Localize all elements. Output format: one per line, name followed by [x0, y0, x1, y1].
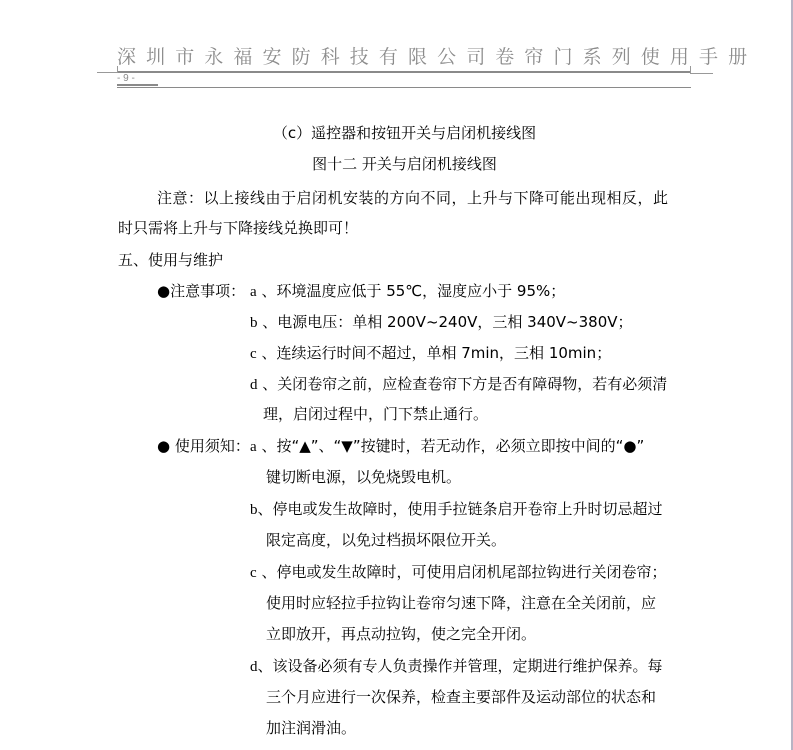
margin-corner-mark-left: [97, 72, 117, 73]
margin-corner-mark-right-vertical: [690, 66, 691, 74]
running-header-title: 深圳市永福安防科技有限公司卷帘门系列使用手册: [117, 44, 691, 70]
item-text: 、停电或发生故障时，使用手拉链条启开卷帘上升时切忌超过: [258, 500, 663, 518]
section-heading: 五、使用与维护: [118, 250, 223, 270]
precaution-item-c: c 、连续运行时间不超过，单相 7min，三相 10min；: [250, 343, 611, 364]
item-marker: b: [250, 315, 258, 331]
header-rule: [117, 71, 691, 73]
page-number-underline: [117, 84, 158, 86]
precaution-item-a: a 、环境温度应低于 55℃，湿度应小于 95%；: [250, 281, 565, 302]
usage-item-b-cont: 限定高度，以免过档损坏限位开关。: [266, 530, 506, 550]
margin-corner-mark-left-vertical: [117, 66, 118, 73]
margin-corner-mark-right: [691, 73, 713, 74]
item-text: 、环境温度应低于 55℃，湿度应小于 95%；: [261, 282, 565, 300]
item-text: 、电源电压：单相 200V~240V，三相 340V~380V；: [262, 313, 632, 331]
usage-item-b: b、停电或发生故障时，使用手拉链条启开卷帘上升时切忌超过: [250, 499, 663, 520]
usage-item-c: c 、停电或发生故障时，可使用启闭机尾部拉钩进行关闭卷帘；: [250, 562, 666, 583]
usage-item-c-cont-1: 使用时应轻拉手拉钩让卷帘匀速下降，注意在全关闭前，应: [266, 593, 656, 613]
header-bottom-rule: [117, 87, 691, 88]
item-marker: a: [250, 439, 257, 455]
note-paragraph-line-2: 时只需将上升与下降接线兑换即可！: [118, 218, 358, 238]
item-marker: c: [250, 565, 257, 581]
precaution-item-d: d 、关闭卷帘之前，应检查卷帘下方是否有障碍物，若有必须清: [250, 374, 667, 395]
item-text: 、该设备必须有专人负责操作并管理，定期进行维护保养。每: [258, 657, 663, 675]
note-paragraph-line-1: 注意：以上接线由于启闭机安装的方向不同，上升与下降可能出现相反，此: [157, 188, 669, 208]
precautions-label: ●注意事项：: [157, 281, 245, 301]
usage-item-c-cont-2: 立即放开，再点动拉钩，使之完全开闭。: [266, 624, 536, 644]
item-text: 、关闭卷帘之前，应检查卷帘下方是否有障碍物，若有必须清: [262, 375, 667, 393]
item-marker: a: [250, 284, 257, 300]
usage-item-d-cont-1: 三个月应进行一次保养，检查主要部件及运动部位的状态和: [266, 687, 656, 707]
usage-label: ● 使用须知：: [157, 436, 250, 456]
usage-item-d: d、该设备必须有专人负责操作并管理，定期进行维护保养。每: [250, 656, 663, 677]
item-text: 、按“▲”、“▼”按键时，若无动作，必须立即按中间的“●”: [261, 437, 644, 455]
item-marker: d: [250, 659, 258, 675]
usage-item-d-cont-2: 加注润滑油。: [266, 718, 356, 738]
figure-title: 图十二 开关与启闭机接线图: [0, 154, 793, 174]
usage-item-a-cont: 键切断电源，以免烧毁电机。: [266, 467, 461, 487]
item-marker: b: [250, 502, 258, 518]
page-number: - 9 -: [117, 73, 135, 84]
precaution-item-b: b 、电源电压：单相 200V~240V，三相 340V~380V；: [250, 312, 633, 333]
item-marker: c: [250, 346, 257, 362]
precaution-item-d-cont: 理，启闭过程中，门下禁止通行。: [263, 404, 488, 424]
item-text: 、停电或发生故障时，可使用启闭机尾部拉钩进行关闭卷帘；: [261, 563, 666, 581]
item-text: 、连续运行时间不超过，单相 7min，三相 10min；: [261, 344, 611, 362]
figure-subcaption: （c）遥控器和按钮开关与启闭机接线图: [0, 123, 793, 143]
usage-item-a: a 、按“▲”、“▼”按键时，若无动作，必须立即按中间的“●”: [250, 436, 644, 457]
item-marker: d: [250, 377, 258, 393]
